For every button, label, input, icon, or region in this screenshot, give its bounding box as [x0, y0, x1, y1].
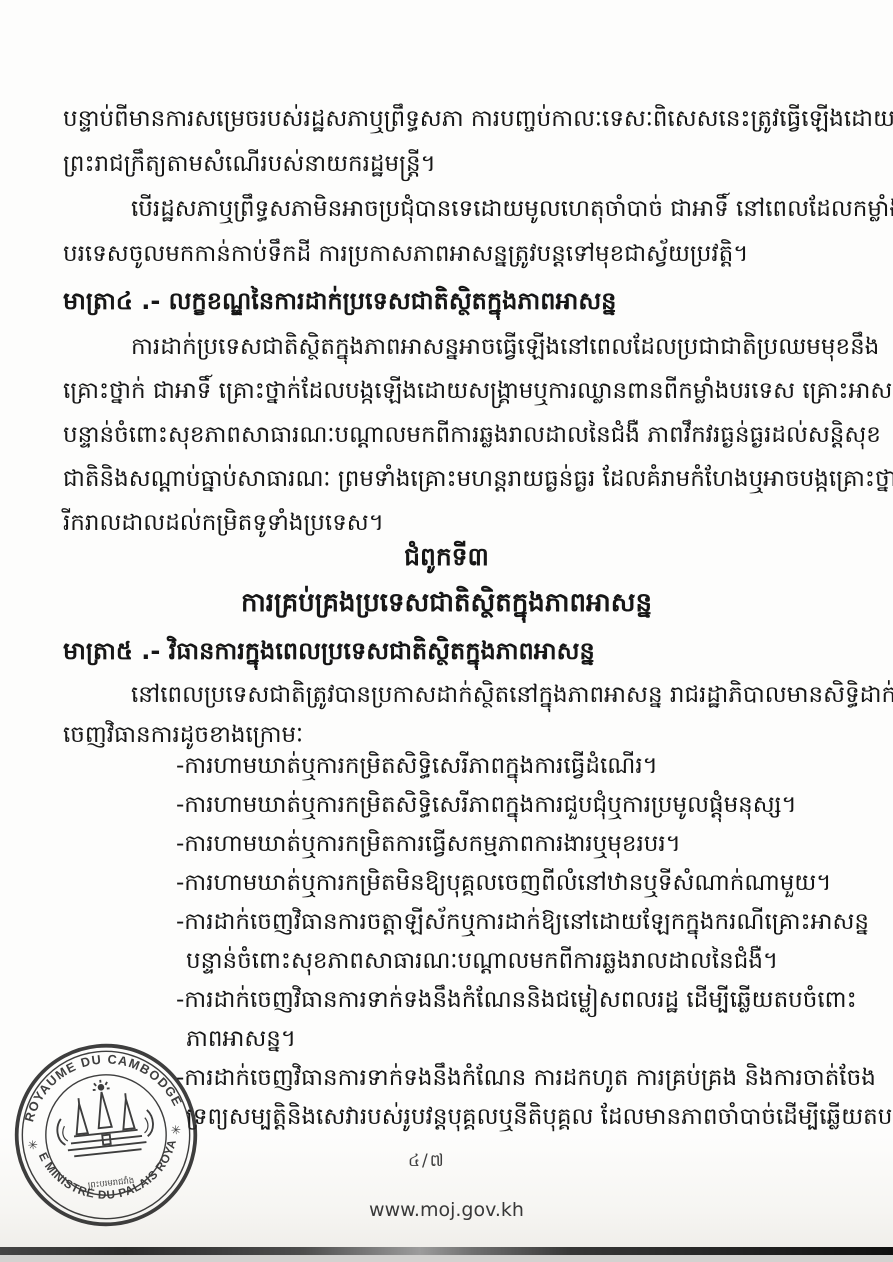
list-item: -ការហាមឃាត់ឬការកម្រិតមិនឱ្យបុគ្គលចេញពីលំ…	[0, 864, 893, 903]
stamp-star-left-icon: ✳	[27, 1138, 39, 1153]
page-number: ៤/៧	[408, 1150, 446, 1175]
chapter-3-title: ការគ្រប់គ្រងប្រទេសជាតិស្ថិតក្នុងភាពអាសន្…	[0, 579, 893, 627]
text-line: ការដាក់ប្រទេសជាតិស្ថិតក្នុងភាពអាសន្នអាចធ…	[0, 325, 893, 369]
text-line: នៅពេលប្រទេសជាតិត្រូវបានប្រកាសដាក់ស្ថិតនៅ…	[0, 675, 893, 715]
list-item: -ការដាក់ចេញវិធានការចត្តាឡីស័កឬការដាក់ឱ្យ…	[0, 903, 893, 942]
article-4-heading: មាត្រា៤ .- លក្ខខណ្ឌនៃការដាក់ប្រទេសជាតិស្…	[0, 277, 893, 325]
text-line: បើរដ្ឋសភាឬព្រឹទ្ធសភាមិនអាចប្រជុំបានទេដោយ…	[0, 187, 893, 232]
text-line: ព្រះរាជក្រឹត្យតាមសំណើរបស់នាយករដ្ឋមន្ត្រី…	[0, 142, 893, 187]
text-line: បន្ទាន់ចំពោះសុខភាពសាធារណៈបណ្តាលមកពីការឆ្…	[0, 413, 893, 457]
list-item: -ការហាមឃាត់ឬការកម្រិតការធ្វើសកម្មភាពការង…	[0, 825, 893, 864]
document-body: បន្ទាប់ពីមានការសម្រេចរបស់រដ្ឋសភាឬព្រឹទ្ធ…	[0, 0, 893, 1137]
text-line: ជាតិនិងសណ្តាប់ធ្នាប់សាធារណៈ ព្រមទាំងគ្រោ…	[0, 457, 893, 501]
article-5-heading: មាត្រា៥ .- វិធានការក្នុងពេលប្រទេសជាតិស្ថ…	[0, 627, 893, 675]
paragraph: នៅពេលប្រទេសជាតិត្រូវបានប្រកាសដាក់ស្ថិតនៅ…	[0, 675, 893, 755]
list-item: -ការដាក់ចេញវិធានការទាក់ទងនឹងកំណែននិងជម្ល…	[0, 981, 893, 1020]
royal-arms-emblem	[53, 1075, 156, 1158]
text-line: បរទេសចូលមកកាន់កាប់ទឹកដី ការប្រកាសភាពអាសន…	[0, 232, 893, 277]
scan-edge-shadow	[0, 1255, 893, 1262]
text-line: បន្ទាប់ពីមានការសម្រេចរបស់រដ្ឋសភាឬព្រឹទ្ធ…	[0, 97, 893, 142]
scanned-page: បន្ទាប់ពីមានការសម្រេចរបស់រដ្ឋសភាឬព្រឹទ្ធ…	[0, 0, 893, 1262]
scan-edge-artifact	[0, 1247, 893, 1255]
stamp-star-right-icon: ✳	[170, 1123, 182, 1138]
list-item-continuation: បន្ទាន់ចំពោះសុខភាពសាធារណៈបណ្តាលមកពីការឆ្…	[0, 942, 893, 981]
website-url: www.moj.gov.kh	[0, 1199, 893, 1221]
list-item: -ការហាមឃាត់ឬការកម្រិតសិទ្ធិសេរីភាពក្នុងក…	[0, 786, 893, 825]
text-line: គ្រោះថ្នាក់ ជាអាទិ៍ គ្រោះថ្នាក់ដែលបង្កឡើ…	[0, 369, 893, 413]
